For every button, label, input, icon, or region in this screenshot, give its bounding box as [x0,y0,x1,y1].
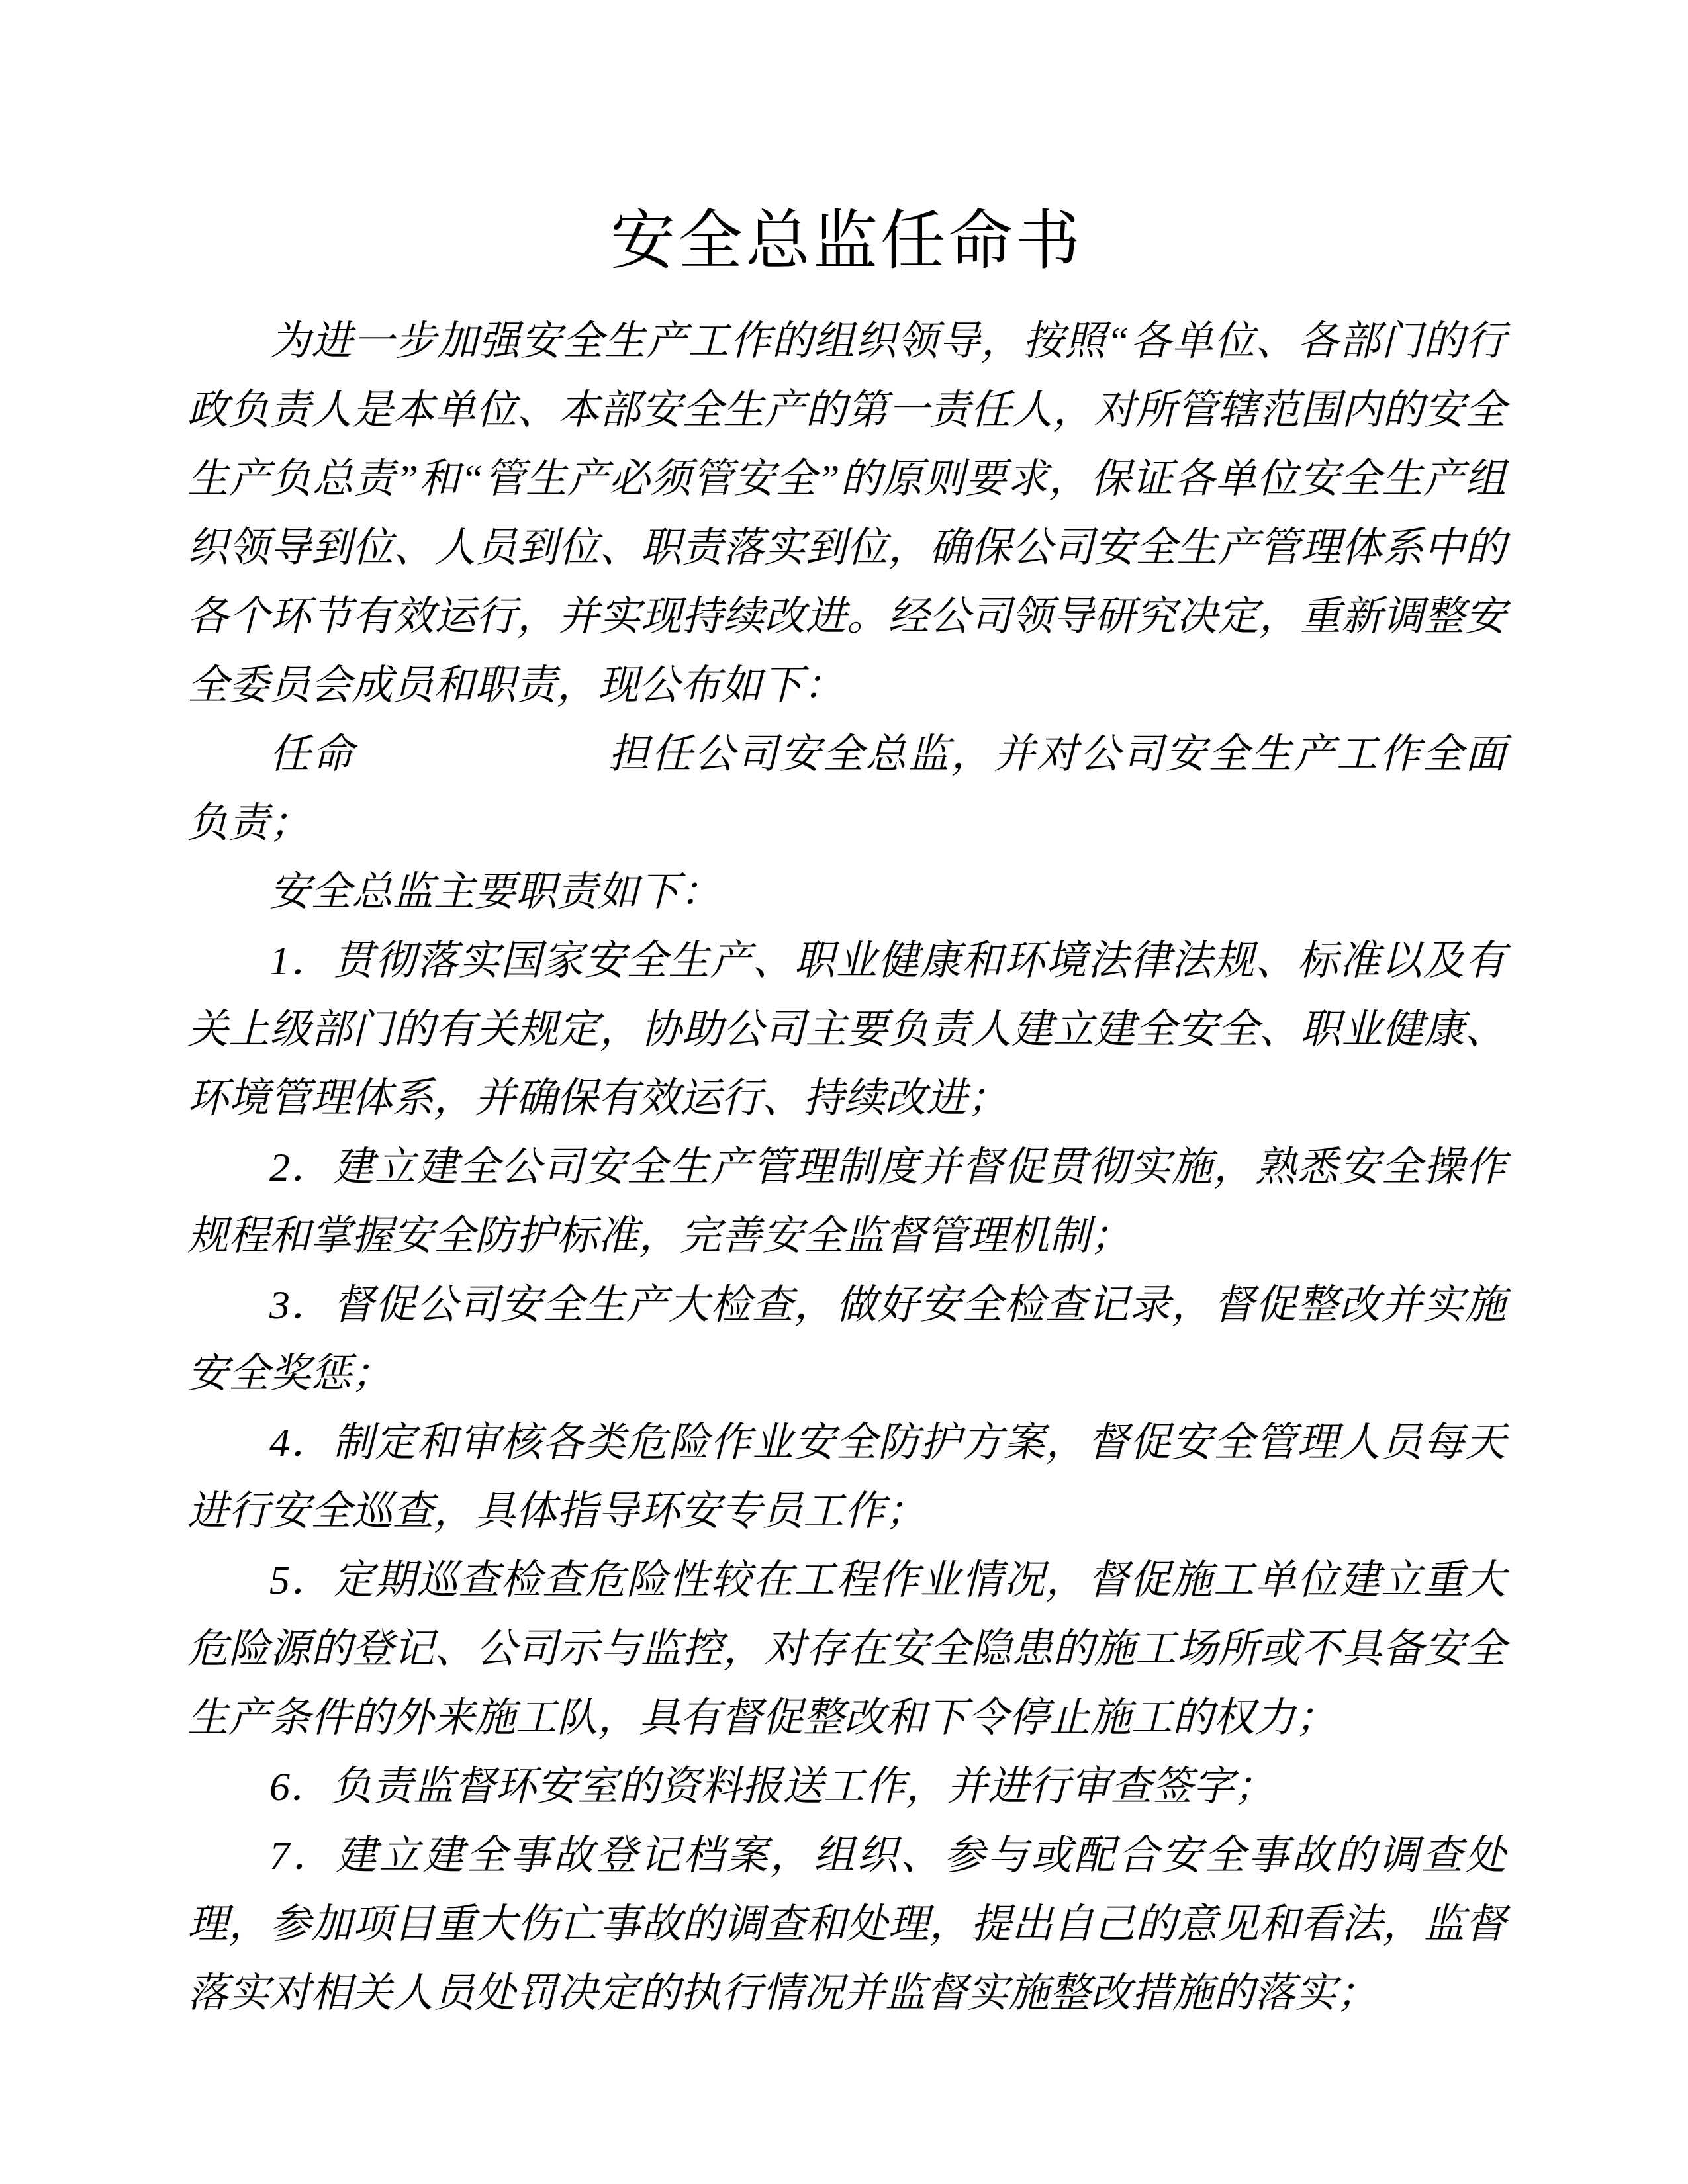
duties-heading: 安全总监主要职责如下： [187,858,1506,927]
duty-item-6: 6．负责监督环安室的资料报送工作，并进行审查签字； [187,1752,1506,1821]
document-page: 安全总监任命书 为进一步加强安全生产工作的组织领导，按照“各单位、各部门的行政负… [0,0,1688,2184]
appointee-name-blank [355,767,606,768]
page-title: 安全总监任命书 [187,203,1506,281]
duty-item-2: 2．建立建全公司安全生产管理制度并督促贯彻实施，熟悉安全操作规程和掌握安全防护标… [187,1133,1506,1271]
document-content: 安全总监任命书 为进一步加强安全生产工作的组织领导，按照“各单位、各部门的行政负… [187,0,1506,2028]
duty-item-5: 5．定期巡查检查危险性较在工程作业情况，督促施工单位建立重大危险源的登记、公司示… [187,1546,1506,1752]
duty-item-3: 3．督促公司安全生产大检查，做好安全检查记录，督促整改并实施安全奖惩； [187,1271,1506,1408]
appointment-prefix: 任命 [269,732,355,777]
duty-item-1: 1．贯彻落实国家安全生产、职业健康和环境法律法规、标准以及有关上级部门的有关规定… [187,927,1506,1133]
duty-item-7: 7．建立建全事故登记档案，组织、参与或配合安全事故的调查处理，参加项目重大伤亡事… [187,1821,1506,2028]
duty-item-4: 4．制定和审核各类危险作业安全防护方案，督促安全管理人员每天进行安全巡查，具体指… [187,1408,1506,1546]
appointment-paragraph: 任命担任公司安全总监，并对公司安全生产工作全面负责； [187,720,1506,858]
intro-paragraph: 为进一步加强安全生产工作的组织领导，按照“各单位、各部门的行政负责人是本单位、本… [187,307,1506,720]
appointment-suffix: 担任公司安全总监，并对公司安全生产工作全面负责； [187,732,1506,846]
